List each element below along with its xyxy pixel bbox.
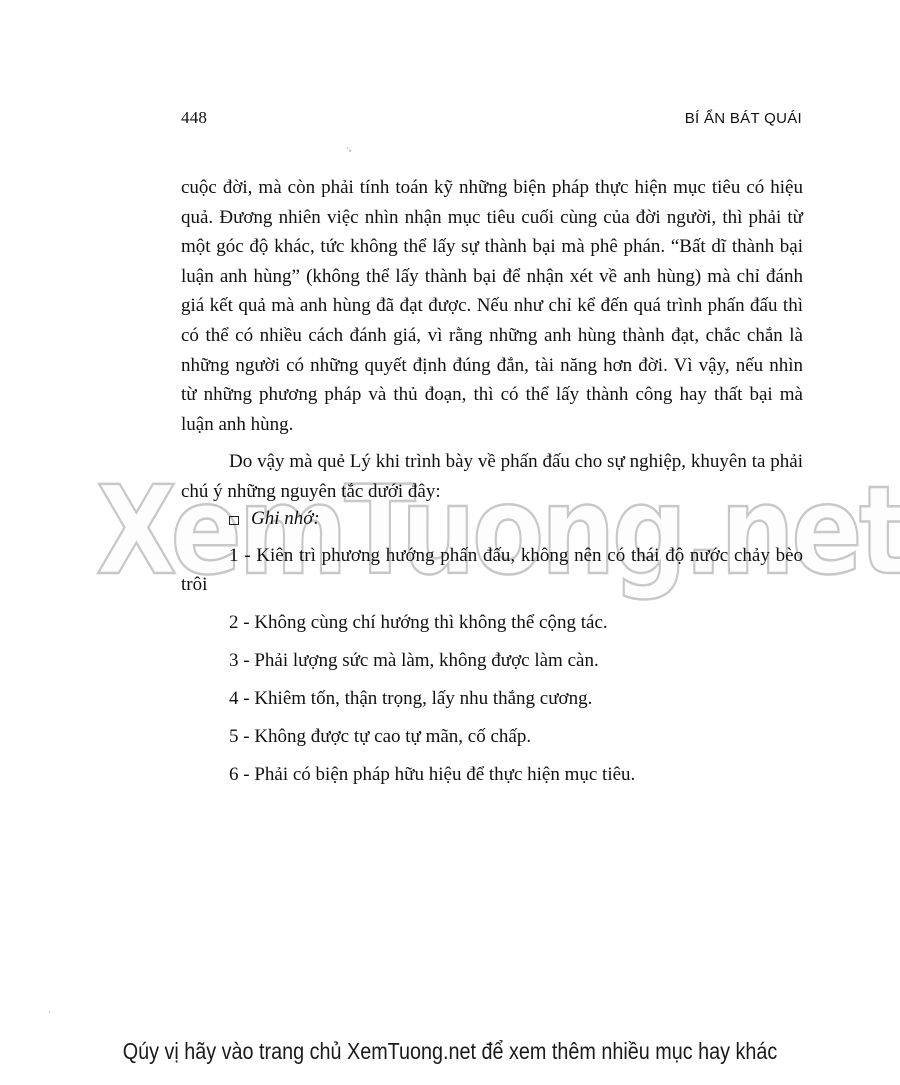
scan-speck: ·: [48, 1008, 51, 1017]
rule-item: 2 - Không cùng chí hướng thì không thể c…: [181, 608, 803, 637]
rule-item: 5 - Không được tự cao tự mãn, cố chấp.: [181, 722, 803, 751]
rule-item: 4 - Khiêm tốn, thận trọng, lấy nhu thắng…: [181, 684, 803, 713]
note-label: Ghi nhớ:: [251, 508, 320, 530]
footer-text: để xem thêm nhiều mục hay khác: [476, 1038, 777, 1064]
square-bullet-icon: [229, 516, 239, 525]
homepage-link[interactable]: XemTuong.net: [347, 1038, 476, 1064]
paragraph: Do vậy mà quẻ Lý khi trình bày về phấn đ…: [181, 447, 803, 506]
body-text: cuộc đời, mà còn phải tính toán kỹ những…: [181, 173, 803, 507]
footer-text: Qúy vị hãy vào trang chủ: [123, 1038, 347, 1064]
footer-banner: Qúy vị hãy vào trang chủ XemTuong.net để…: [63, 1038, 837, 1065]
rule-item: 3 - Phải lượng sức mà làm, không được là…: [181, 646, 803, 675]
paragraph: cuộc đời, mà còn phải tính toán kỹ những…: [181, 173, 803, 439]
scan-speck: ·‚: [346, 144, 351, 153]
running-title: BÍ ẨN BÁT QUÁI: [685, 110, 802, 127]
page-header: 448 BÍ ẨN BÁT QUÁI: [181, 108, 802, 132]
rule-list: 1 - Kiên trì phương hướng phấn đấu, khôn…: [181, 541, 803, 789]
note-heading: Ghi nhớ:: [229, 508, 320, 530]
rule-item: 6 - Phải có biện pháp hữu hiệu để thực h…: [181, 760, 803, 789]
rule-item: 1 - Kiên trì phương hướng phấn đấu, khôn…: [181, 541, 803, 599]
page-number: 448: [181, 108, 207, 128]
